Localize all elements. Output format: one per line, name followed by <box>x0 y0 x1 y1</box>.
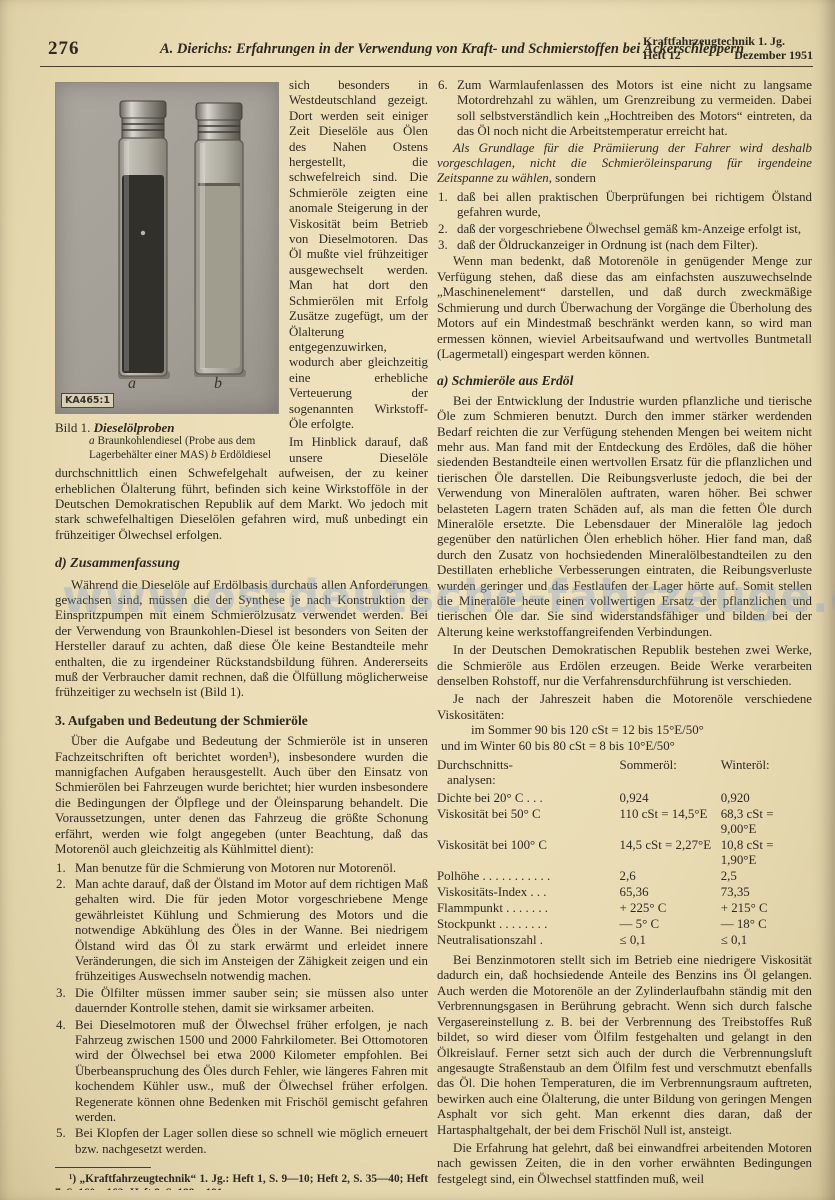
italic-lead-paragraph: Als Grundlage für die Prämiierung der Fa… <box>437 141 812 187</box>
list-number: 5. <box>56 1126 66 1141</box>
page-number: 276 <box>48 38 80 60</box>
section-heading-3: 3. Aufgaben und Bedeutung der Schmieröle <box>55 713 428 728</box>
figure-caption: Bild 1. Dieselölproben a Braunkohlendies… <box>55 421 279 462</box>
footnote-rule <box>55 1167 151 1168</box>
list-text: Man benutze für die Schmierung von Motor… <box>75 861 396 875</box>
journal-name: Kraftfahrzeugtechnik 1. Jg. <box>643 34 785 48</box>
journal-issue: Heft 12 <box>643 48 681 62</box>
italic-lead-text: Als Grundlage für die Prämiierung der Fa… <box>437 141 812 186</box>
footnote-block: ¹) „Kraftfahrzeugtechnik“ 1. Jg.: Heft 1… <box>55 1167 428 1190</box>
list-number: 6. <box>438 78 448 93</box>
column-header-summer: Sommeröl: <box>620 758 721 791</box>
paragraph: Je nach der Jahreszeit haben die Motoren… <box>437 692 812 723</box>
figure-block: a b KA465:1 Bild 1. Dieselölproben a Bra… <box>55 82 279 462</box>
bottle-a <box>118 101 170 379</box>
paragraph: Über die Aufgabe und Bedeutung der Schmi… <box>55 734 428 857</box>
list-number: 2. <box>56 877 66 892</box>
row-label: Viskosität bei 100° C <box>437 838 620 869</box>
paragraph: Bei Benzinmotoren stellt sich im Betrieb… <box>437 953 812 1138</box>
page-header: 276 A. Dierichs: Erfahrungen in der Verw… <box>40 34 813 64</box>
list-number: 3. <box>56 986 66 1001</box>
photo-id-tag: KA465:1 <box>61 393 114 408</box>
italic-lead-tail: , sondern <box>549 171 596 185</box>
paragraph: Während die Dieselöle auf Erdölbasis dur… <box>55 578 428 701</box>
table-row: Polhöhe . . . . . . . . . . . 2,6 2,5 <box>437 869 812 885</box>
analysis-table: Durchschnitts- analysen: Sommeröl: Winte… <box>437 758 812 949</box>
list-text: Bei Dieselmotoren muß der Ölwechsel früh… <box>75 1018 428 1124</box>
header-rule <box>40 66 813 67</box>
column-header-winter: Winteröl: <box>721 758 812 791</box>
bottle-a-label: a <box>128 376 136 391</box>
scanned-journal-page: 276 A. Dierichs: Erfahrungen in der Verw… <box>0 0 835 1200</box>
table-label-line1: Durchschnitts- <box>437 758 620 773</box>
list-item: 3. Die Ölfilter müssen immer sauber sein… <box>55 986 428 1017</box>
winter-value: 2,5 <box>721 869 812 885</box>
summer-value: + 225° C <box>620 901 721 917</box>
journal-info: Kraftfahrzeugtechnik 1. Jg. Heft 12 Deze… <box>643 34 813 62</box>
journal-date: Dezember 1951 <box>734 48 813 62</box>
right-column: 6. Zum Warmlaufenlassen des Motors ist e… <box>437 78 812 1190</box>
row-label: Stockpunkt . . . . . . . . <box>437 917 620 933</box>
summer-value: 14,5 cSt = 2,27°E <box>620 838 721 869</box>
list-number: 1. <box>56 861 66 876</box>
list-text: Man achte darauf, daß der Ölstand im Mot… <box>75 877 428 983</box>
winter-value: ≤ 0,1 <box>721 933 812 949</box>
diesel-sample-bottles-illustration <box>56 83 278 413</box>
list-text: daß bei allen praktischen Überprüfungen … <box>457 190 812 219</box>
table-row: Neutralisationszahl . ≤ 0,1 ≤ 0,1 <box>437 933 812 949</box>
viscosity-winter-line: und im Winter 60 bis 80 cSt = 8 bis 10°E… <box>437 739 812 754</box>
left-column: a b KA465:1 Bild 1. Dieselölproben a Bra… <box>55 78 428 1190</box>
caption-title: Dieselölproben <box>94 420 175 435</box>
row-label: Dichte bei 20° C . . . <box>437 791 620 807</box>
winter-value: 0,920 <box>721 791 812 807</box>
list-item-6: 6. Zum Warmlaufenlassen des Motors ist e… <box>437 78 812 140</box>
caption-number: Bild 1. <box>55 420 90 435</box>
list-number: 3. <box>438 238 448 253</box>
list-text: Die Ölfilter müssen immer sauber sein; s… <box>75 986 428 1015</box>
row-label: Polhöhe . . . . . . . . . . . <box>437 869 620 885</box>
table-row: Dichte bei 20° C . . . 0,924 0,920 <box>437 791 812 807</box>
caption-marker-b: b <box>211 449 217 461</box>
row-label: Flammpunkt . . . . . . . <box>437 901 620 917</box>
bottle-b <box>194 103 246 377</box>
list-number: 2. <box>438 222 448 237</box>
list-number: 4. <box>56 1018 66 1033</box>
section-heading-a: a) Schmieröle aus Erdöl <box>437 373 812 388</box>
figure-photo: a b KA465:1 <box>55 82 279 414</box>
winter-value: + 215° C <box>721 901 812 917</box>
caption-text-b: Erdöldiesel <box>220 449 271 461</box>
paragraph: Bei der Entwicklung der Industrie wurden… <box>437 394 812 641</box>
row-label: Viskosität bei 50° C <box>437 807 620 838</box>
table-row: Stockpunkt . . . . . . . . — 5° C — 18° … <box>437 917 812 933</box>
winter-value: 68,3 cSt = 9,00°E <box>721 807 812 838</box>
paragraph: In der Deutschen Demokratischen Republik… <box>437 643 812 689</box>
list-item: 5. Bei Klopfen der Lager sollen diese so… <box>55 1126 428 1157</box>
table-row: Viskosität bei 50° C 110 cSt = 14,5°E 68… <box>437 807 812 838</box>
winter-value: 73,35 <box>721 885 812 901</box>
summer-value: 110 cSt = 14,5°E <box>620 807 721 838</box>
list-item: 4. Bei Dieselmotoren muß der Ölwechsel f… <box>55 1018 428 1126</box>
list-item: 2. Man achte darauf, daß der Ölstand im … <box>55 877 428 985</box>
row-label: Neutralisationszahl . <box>437 933 620 949</box>
table-row: Viskosität bei 100° C 14,5 cSt = 2,27°E … <box>437 838 812 869</box>
summer-value: ≤ 0,1 <box>620 933 721 949</box>
table-header-row: Durchschnitts- analysen: Sommeröl: Winte… <box>437 758 812 791</box>
list-number: 1. <box>438 190 448 205</box>
bottle-b-label: b <box>214 376 222 391</box>
viscosity-summer-line: im Sommer 90 bis 120 cSt = 12 bis 15°E/5… <box>437 723 812 738</box>
list-text: Zum Warmlaufenlassen des Motors ist eine… <box>457 78 812 138</box>
row-label: Viskositäts-Index . . . <box>437 885 620 901</box>
list-text: Bei Klopfen der Lager sollen diese so sc… <box>75 1126 428 1155</box>
list-item: 1. daß bei allen praktischen Überprüfung… <box>437 190 812 221</box>
summer-value: — 5° C <box>620 917 721 933</box>
list-item: 1. Man benutze für die Schmierung von Mo… <box>55 861 428 876</box>
section-heading-d: d) Zusammenfassung <box>55 556 428 571</box>
table-label-line2: analysen: <box>437 773 620 788</box>
running-title: A. Dierichs: Erfahrungen in der Verwendu… <box>160 41 633 58</box>
footnote-text: ¹) „Kraftfahrzeugtechnik“ 1. Jg.: Heft 1… <box>55 1172 428 1190</box>
table-row: Flammpunkt . . . . . . . + 225° C + 215°… <box>437 901 812 917</box>
summer-value: 65,36 <box>620 885 721 901</box>
list-item: 3. daß der Öldruckanzeiger in Ordnung is… <box>437 238 812 253</box>
paragraph: Wenn man bedenkt, daß Motorenöle in genü… <box>437 254 812 362</box>
winter-value: — 18° C <box>721 917 812 933</box>
winter-value: 10,8 cSt = 1,90°E <box>721 838 812 869</box>
table-row: Viskositäts-Index . . . 65,36 73,35 <box>437 885 812 901</box>
paragraph: Die Erfahrung hat gelehrt, daß bei einwa… <box>437 1141 812 1187</box>
list-text: daß der Öldruckanzeiger in Ordnung ist (… <box>457 238 758 252</box>
list-text: daß der vorgeschriebene Ölwechsel gemäß … <box>457 222 801 236</box>
list-item: 2. daß der vorgeschriebene Ölwechsel gem… <box>437 222 812 237</box>
summer-value: 0,924 <box>620 791 721 807</box>
summer-value: 2,6 <box>620 869 721 885</box>
caption-marker-a: a <box>89 435 95 447</box>
